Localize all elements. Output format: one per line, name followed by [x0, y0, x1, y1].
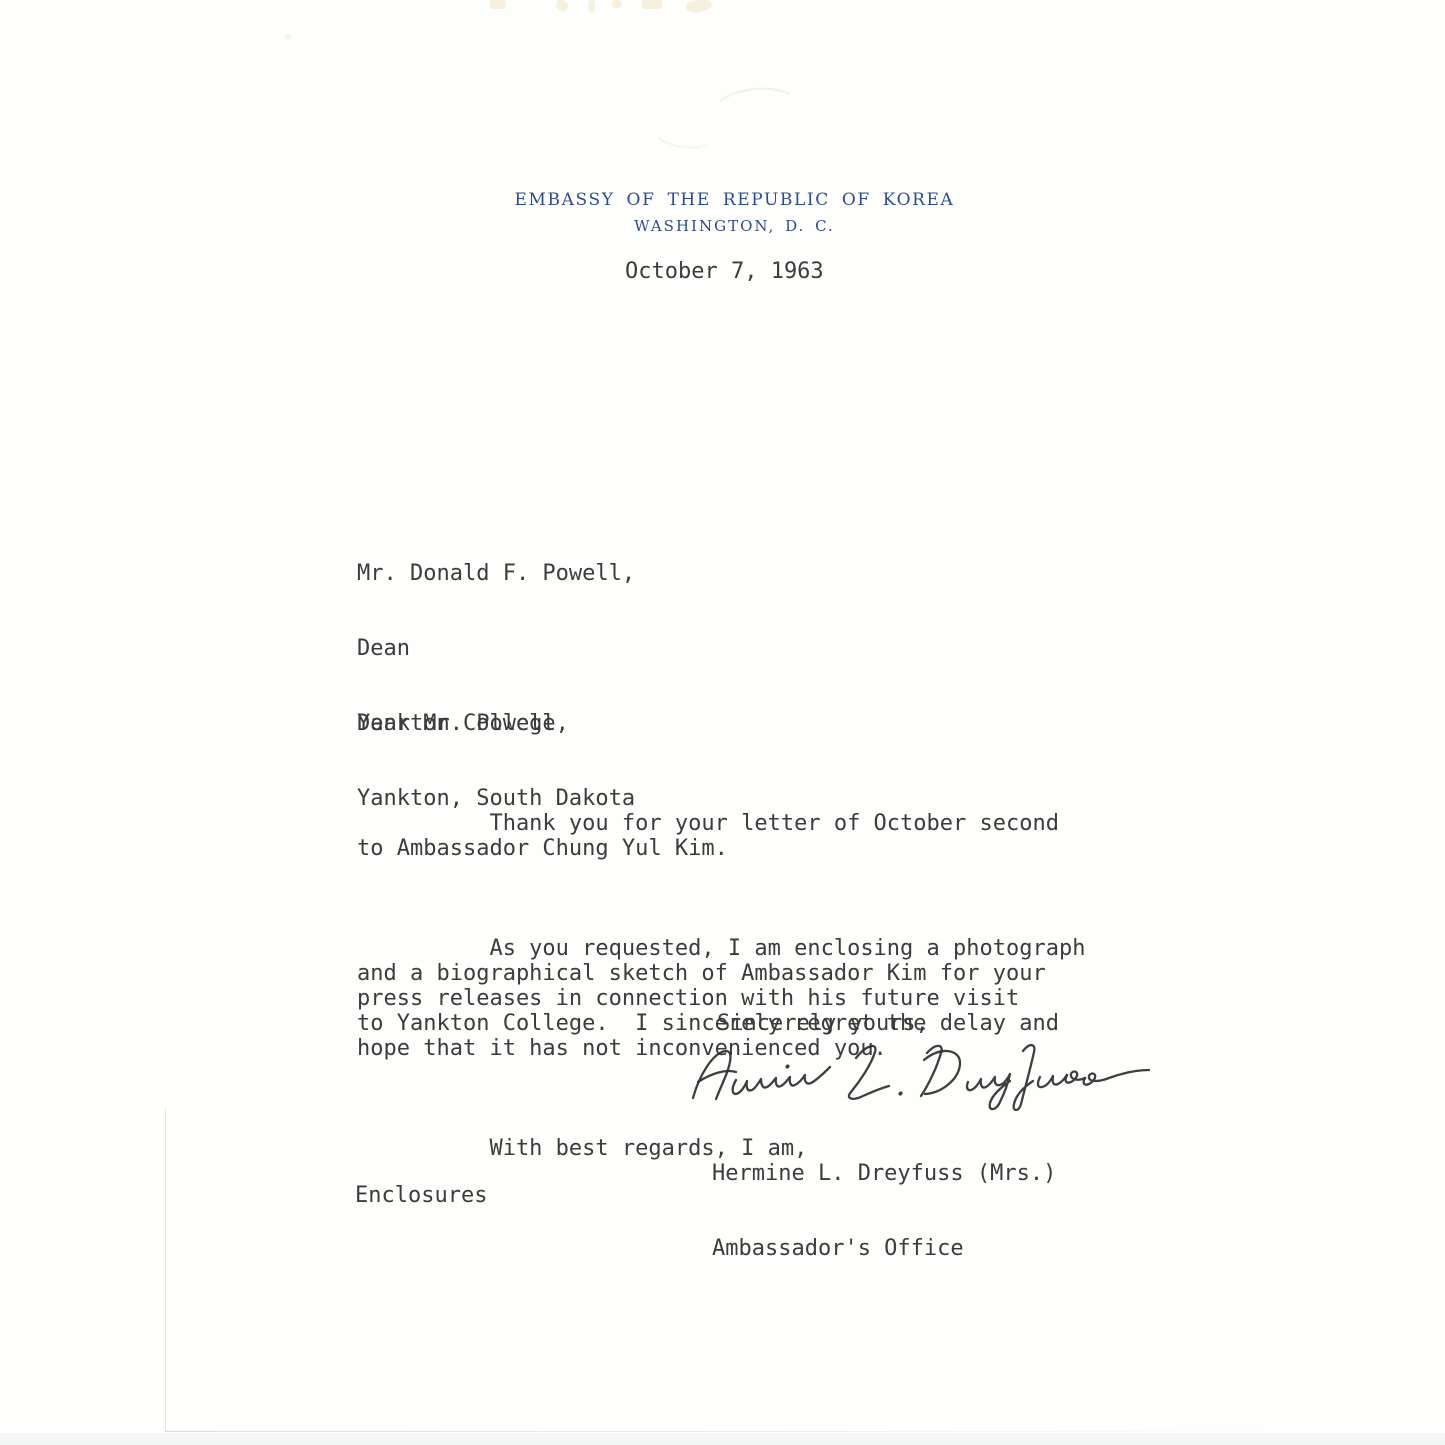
date-line: October 7, 1963 — [625, 259, 824, 284]
recipient-title: Dean — [357, 636, 635, 661]
letterhead-line2: WASHINGTON, D. C. — [12, 218, 1445, 235]
paper-stain — [612, 0, 622, 8]
paper-speck — [285, 34, 291, 40]
paper-edge-bottom — [165, 1431, 1285, 1432]
embassy-letterhead: EMBASSY OF THE REPUBLIC OF KOREA WASHING… — [12, 191, 1445, 235]
paper-stain — [555, 0, 569, 12]
enclosures-notation: Enclosures — [355, 1183, 487, 1208]
signature-handwriting — [686, 1036, 1161, 1116]
signature-ink-strokes — [686, 1036, 1161, 1116]
paper-stain — [685, 0, 712, 13]
paper-stain — [490, 0, 506, 9]
scan-background-strip — [0, 1433, 1445, 1445]
paper-emboss-mark — [710, 84, 802, 137]
scanned-letter-page: EMBASSY OF THE REPUBLIC OF KOREA WASHING… — [0, 0, 1445, 1445]
letterhead-line1: EMBASSY OF THE REPUBLIC OF KOREA — [12, 191, 1445, 210]
signer-office: Ambassador's Office — [712, 1236, 1056, 1261]
paper-stain — [588, 0, 595, 12]
paper-stain — [642, 0, 662, 9]
signer-block: Hermine L. Dreyfuss (Mrs.) Ambassador's … — [712, 1111, 1056, 1311]
paragraph-1: Thank you for your letter of October sec… — [357, 811, 1085, 861]
signer-typed-name: Hermine L. Dreyfuss (Mrs.) — [712, 1161, 1056, 1186]
paper-emboss-mark — [650, 114, 718, 153]
valediction: Sincerely yours, — [717, 1011, 929, 1036]
paper-edge-left — [165, 1108, 166, 1432]
recipient-name: Mr. Donald F. Powell, — [357, 561, 635, 586]
salutation: Dear Mr. Powell, — [357, 711, 1085, 736]
